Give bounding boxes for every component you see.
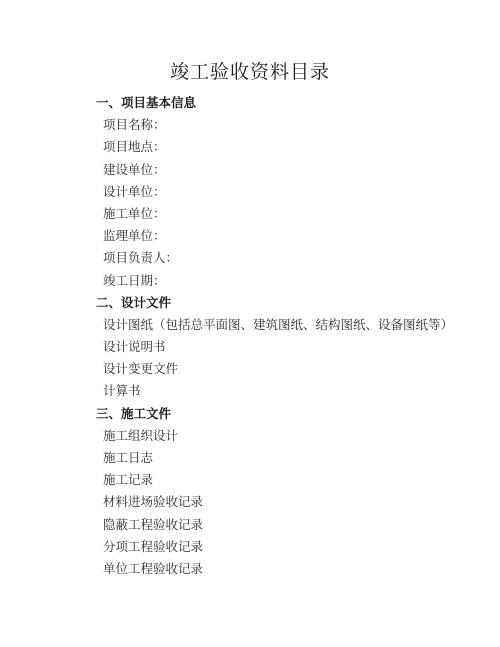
list-item: 设计图纸（包括总平面图、建筑图纸、结构图纸、设备图纸等） [96, 314, 476, 336]
document-page: 竣工验收资料目录 一、项目基本信息 项目名称： 项目地点： 建设单位： 设计单位… [0, 0, 500, 647]
field-project-name: 项目名称： [96, 114, 476, 136]
document-body: 一、项目基本信息 项目名称： 项目地点： 建设单位： 设计单位： 施工单位： 监… [96, 92, 476, 580]
field-project-location: 项目地点： [96, 136, 476, 158]
list-item: 施工记录 [96, 469, 476, 491]
list-item: 施工日志 [96, 447, 476, 469]
section-basic-info: 一、项目基本信息 项目名称： 项目地点： 建设单位： 设计单位： 施工单位： 监… [96, 92, 476, 292]
list-item: 单位工程验收记录 [96, 558, 476, 580]
section-heading: 三、施工文件 [96, 403, 476, 425]
list-item: 计算书 [96, 380, 476, 402]
list-item: 设计说明书 [96, 336, 476, 358]
section-heading: 二、设计文件 [96, 292, 476, 314]
list-item: 材料进场验收记录 [96, 491, 476, 513]
list-item: 设计变更文件 [96, 358, 476, 380]
section-heading: 一、项目基本信息 [96, 92, 476, 114]
list-item: 施工组织设计 [96, 425, 476, 447]
field-completion-date: 竣工日期： [96, 270, 476, 292]
field-construction-unit: 建设单位： [96, 159, 476, 181]
document-title: 竣工验收资料目录 [0, 59, 500, 85]
section-construction-files: 三、施工文件 施工组织设计 施工日志 施工记录 材料进场验收记录 隐蔽工程验收记… [96, 403, 476, 581]
field-supervision-unit: 监理单位： [96, 225, 476, 247]
field-design-unit: 设计单位： [96, 181, 476, 203]
field-builder-unit: 施工单位： [96, 203, 476, 225]
section-design-files: 二、设计文件 设计图纸（包括总平面图、建筑图纸、结构图纸、设备图纸等） 设计说明… [96, 292, 476, 403]
list-item: 隐蔽工程验收记录 [96, 514, 476, 536]
field-project-manager: 项目负责人： [96, 247, 476, 269]
list-item: 分项工程验收记录 [96, 536, 476, 558]
